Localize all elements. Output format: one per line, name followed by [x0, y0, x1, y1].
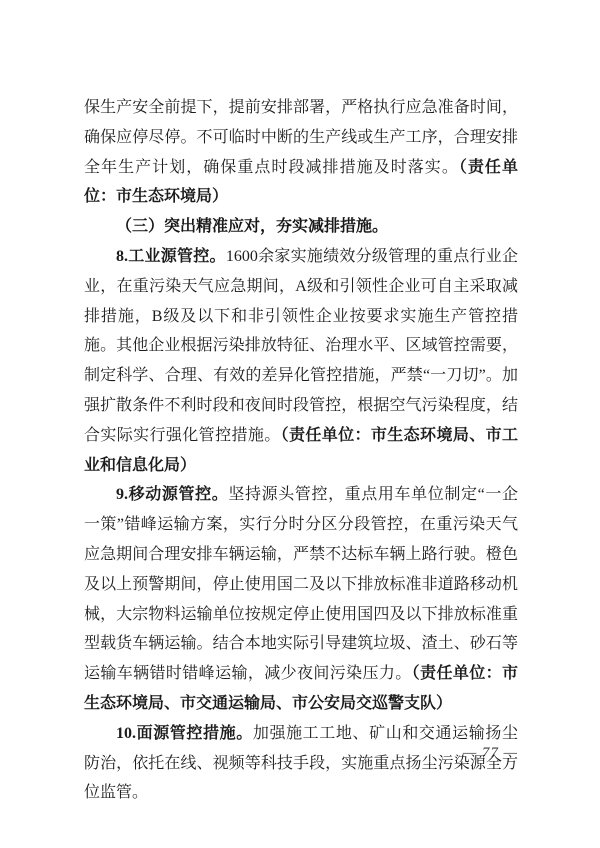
item-9-text: 坚持源头管控，重点用车单位制定“一企一策”错峰运输方案，实行分时分区分段管控，在… — [84, 486, 518, 682]
paragraph-continuation-text: 保生产安全前提下，提前安排部署，严格执行应急准备时间，确保应停尽停。不可临时中断… — [84, 99, 518, 176]
item-8-lead: 8.工业源管控。 — [116, 248, 226, 265]
page-number: — 77 — — [84, 745, 518, 762]
paragraph-item-9: 9.移动源管控。坚持源头管控，重点用车单位制定“一企一策”错峰运输方案，实行分时… — [84, 480, 518, 718]
item-9-lead: 9.移动源管控。 — [116, 486, 228, 503]
item-8-text: 1600余家实施绩效分级管理的重点行业企业，在重污染天气应急期间，A级和引领性企… — [84, 248, 518, 444]
document-body: 保生产安全前提下，提前安排部署，严格执行应急准备时间，确保应停尽停。不可临时中断… — [84, 93, 518, 808]
section-heading-text: （三）突出精准应对，夯实减排措施。 — [116, 218, 388, 235]
paragraph-item-8: 8.工业源管控。1600余家实施绩效分级管理的重点行业企业，在重污染天气应急期间… — [84, 242, 518, 480]
item-10-lead: 10.面源管控措施。 — [116, 725, 253, 742]
paragraph-item-10: 10.面源管控措施。加强施工工地、矿山和交通运输扬尘防治，依托在线、视频等科技手… — [84, 719, 518, 808]
document-page: 保生产安全前提下，提前安排部署，严格执行应急准备时间，确保应停尽停。不可临时中断… — [0, 0, 600, 848]
paragraph-continuation: 保生产安全前提下，提前安排部署，严格执行应急准备时间，确保应停尽停。不可临时中断… — [84, 93, 518, 212]
section-heading: （三）突出精准应对，夯实减排措施。 — [84, 212, 518, 242]
